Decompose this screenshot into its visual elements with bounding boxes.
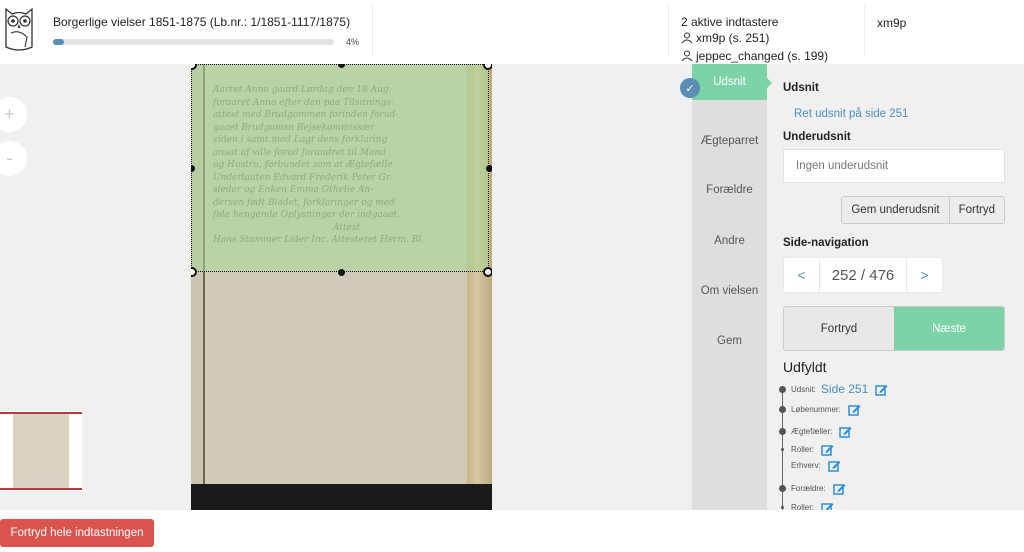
top-header: Borgerlige vielser 1851-1875 (Lb.nr.: 1/…: [0, 0, 1024, 64]
progress-bar: [53, 39, 334, 45]
step-om-vielsen[interactable]: Om vielsen: [692, 266, 767, 316]
progress-percent: 4%: [346, 37, 359, 47]
timeline-dot: [779, 428, 786, 435]
cancel-entire-entry-button[interactable]: Fortryd hele indtastningen: [0, 519, 154, 547]
step-udsnit[interactable]: Udsnit: [692, 64, 767, 100]
document-bottom-cover: [191, 484, 492, 510]
filled-summary-title: Udfyldt: [783, 359, 827, 375]
timeline-dot: [779, 462, 786, 469]
timeline-dot: [779, 386, 786, 393]
next-button[interactable]: Næste: [894, 307, 1004, 350]
step-andre[interactable]: Andre: [692, 216, 767, 266]
timeline-dot: [779, 485, 786, 492]
progress-fill: [53, 39, 64, 45]
step-aegteparret[interactable]: Ægteparret: [692, 116, 767, 166]
edit-icon[interactable]: [875, 383, 888, 396]
previous-page-button[interactable]: <: [784, 258, 819, 292]
step-actions: Fortryd Næste: [783, 306, 1005, 351]
current-user: xm9p: [877, 16, 906, 30]
step-foraeldre[interactable]: Forældre: [692, 165, 767, 215]
edit-icon[interactable]: [839, 425, 852, 438]
next-page-button[interactable]: >: [907, 258, 942, 292]
sub-crop-field[interactable]: Ingen underudsnit: [783, 149, 1005, 183]
edit-icon[interactable]: [848, 403, 861, 416]
step-complete-check-icon: ✓: [680, 78, 700, 98]
resize-handle-top-right[interactable]: [483, 64, 492, 70]
resize-handle-bottom[interactable]: [338, 269, 345, 276]
timeline-dot: [781, 506, 784, 509]
summary-value: Side 251: [821, 382, 868, 396]
summary-item: Forældre:: [779, 482, 846, 495]
summary-item: Løbenummer:: [779, 403, 861, 416]
summary-item: Erhverv:: [779, 459, 841, 472]
document-image[interactable]: Aarret Anno gaard Lørdag den 18 Aug. for…: [191, 64, 492, 510]
summary-item: Ægtefæller:: [779, 425, 852, 438]
sub-crop-actions: Gem underudsnit Fortryd: [841, 196, 1005, 224]
active-user: xm9p (s. 251): [681, 31, 769, 45]
thumbnail-viewport-top: [0, 412, 82, 414]
divider: [864, 6, 865, 56]
edit-icon[interactable]: [828, 459, 841, 472]
cancel-subcrop-button[interactable]: Fortryd: [949, 197, 1004, 223]
thumbnail-viewport-bottom: [0, 488, 82, 490]
active-users-title: 2 aktive indtastere: [681, 15, 778, 29]
section-title: Udsnit: [783, 82, 819, 94]
entry-panel: Udsnit Ægteparret Forældre Andre Om viel…: [672, 64, 1024, 510]
zoom-in-button[interactable]: +: [0, 97, 27, 132]
edit-icon[interactable]: [821, 501, 834, 510]
divider: [372, 6, 373, 56]
summary-item: Roller:: [779, 443, 834, 456]
thumbnail-image: [13, 413, 69, 489]
owl-logo-icon: [3, 7, 35, 52]
page-thumbnail[interactable]: [0, 411, 82, 491]
image-viewer[interactable]: + - Aarret Anno gaard Lørdag den 18 Aug.…: [0, 64, 672, 510]
active-step-arrow: [767, 78, 772, 88]
crop-selection[interactable]: [191, 64, 489, 272]
resize-handle-bottom-right[interactable]: [483, 267, 492, 277]
edit-crop-link[interactable]: Ret udsnit på side 251: [794, 108, 908, 120]
summary-item: Roller:: [779, 501, 834, 510]
summary-item: Udsnit: Side 251: [779, 382, 888, 396]
user-icon: [681, 32, 693, 44]
step-navigation: Udsnit Ægteparret Forældre Andre Om viel…: [692, 64, 767, 510]
resize-handle-right[interactable]: [486, 165, 492, 172]
save-subcrop-button[interactable]: Gem underudsnit: [842, 197, 948, 223]
timeline-dot: [779, 406, 786, 413]
edit-icon[interactable]: [821, 443, 834, 456]
filled-summary-list: Udsnit: Side 251 Løbenummer: Ægtefæller:…: [779, 382, 1004, 510]
cancel-button[interactable]: Fortryd: [784, 307, 894, 350]
project-title: Borgerlige vielser 1851-1875 (Lb.nr.: 1/…: [53, 15, 350, 29]
page-navigator: < 252 / 476 >: [783, 257, 943, 293]
page-navigation-title: Side-navigation: [783, 237, 869, 249]
zoom-out-button[interactable]: -: [0, 141, 27, 176]
timeline-dot: [781, 448, 784, 451]
active-user: jeppec_changed (s. 199): [681, 49, 828, 63]
page-indicator: 252 / 476: [819, 258, 907, 292]
user-icon: [681, 50, 693, 62]
subsection-title: Underudsnit: [783, 131, 851, 143]
edit-icon[interactable]: [833, 482, 846, 495]
step-gem[interactable]: Gem: [692, 316, 767, 366]
divider: [668, 6, 669, 56]
